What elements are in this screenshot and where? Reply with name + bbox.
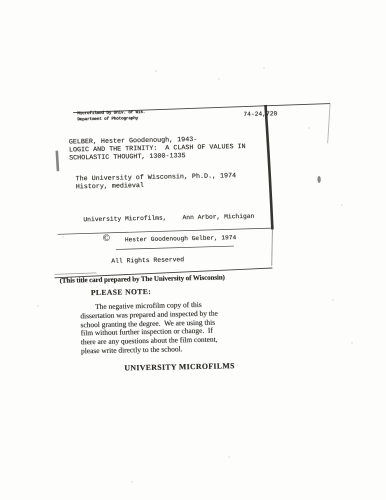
scan-speck <box>155 70 157 72</box>
scan-speck <box>308 127 310 129</box>
note-heading: PLEASE NOTE: <box>91 287 151 297</box>
scan-blot <box>317 176 321 183</box>
stamp-line-2: Department of Photography <box>77 116 145 124</box>
scan-speck <box>218 78 220 80</box>
copyright-underline <box>116 246 234 249</box>
scan-speck <box>62 236 64 238</box>
card-edge-right-lower <box>271 229 273 266</box>
degree-block: The University of Wisconsin, Ph.D., 1974… <box>75 172 236 192</box>
card-edge-right-outer <box>327 104 331 144</box>
rights-reserved: All Rights Reserved <box>111 256 184 264</box>
title-card-scan: Microfilmed by Univ. of Wis. Department … <box>0 0 386 500</box>
left-edge-mark <box>57 151 58 172</box>
scan-speck <box>332 299 334 301</box>
microfilm-stamp: Microfilmed by Univ. of Wis. Department … <box>77 110 145 124</box>
order-number: 74-24,720 <box>243 110 277 118</box>
scan-page: Microfilmed by Univ. of Wis. Department … <box>0 0 386 500</box>
scan-speck <box>228 456 230 458</box>
card-edge-bottom-dash <box>54 273 96 275</box>
scan-speck <box>263 67 265 69</box>
scan-speck <box>37 305 39 307</box>
card-edge-right <box>266 105 273 230</box>
author-title-block: GELBER, Hester Goodenough, 1943- LOGIC A… <box>69 135 246 163</box>
divider-rule <box>58 228 273 234</box>
scan-speck <box>341 204 343 206</box>
copyright-symbol: © <box>103 234 110 244</box>
scan-speck <box>131 481 133 483</box>
card-border-lines <box>0 0 386 500</box>
publisher-location: Ann Arbor, Michigan <box>182 213 254 221</box>
note-body: The negative microfilm copy of this diss… <box>80 301 219 357</box>
scan-speck <box>351 342 353 344</box>
